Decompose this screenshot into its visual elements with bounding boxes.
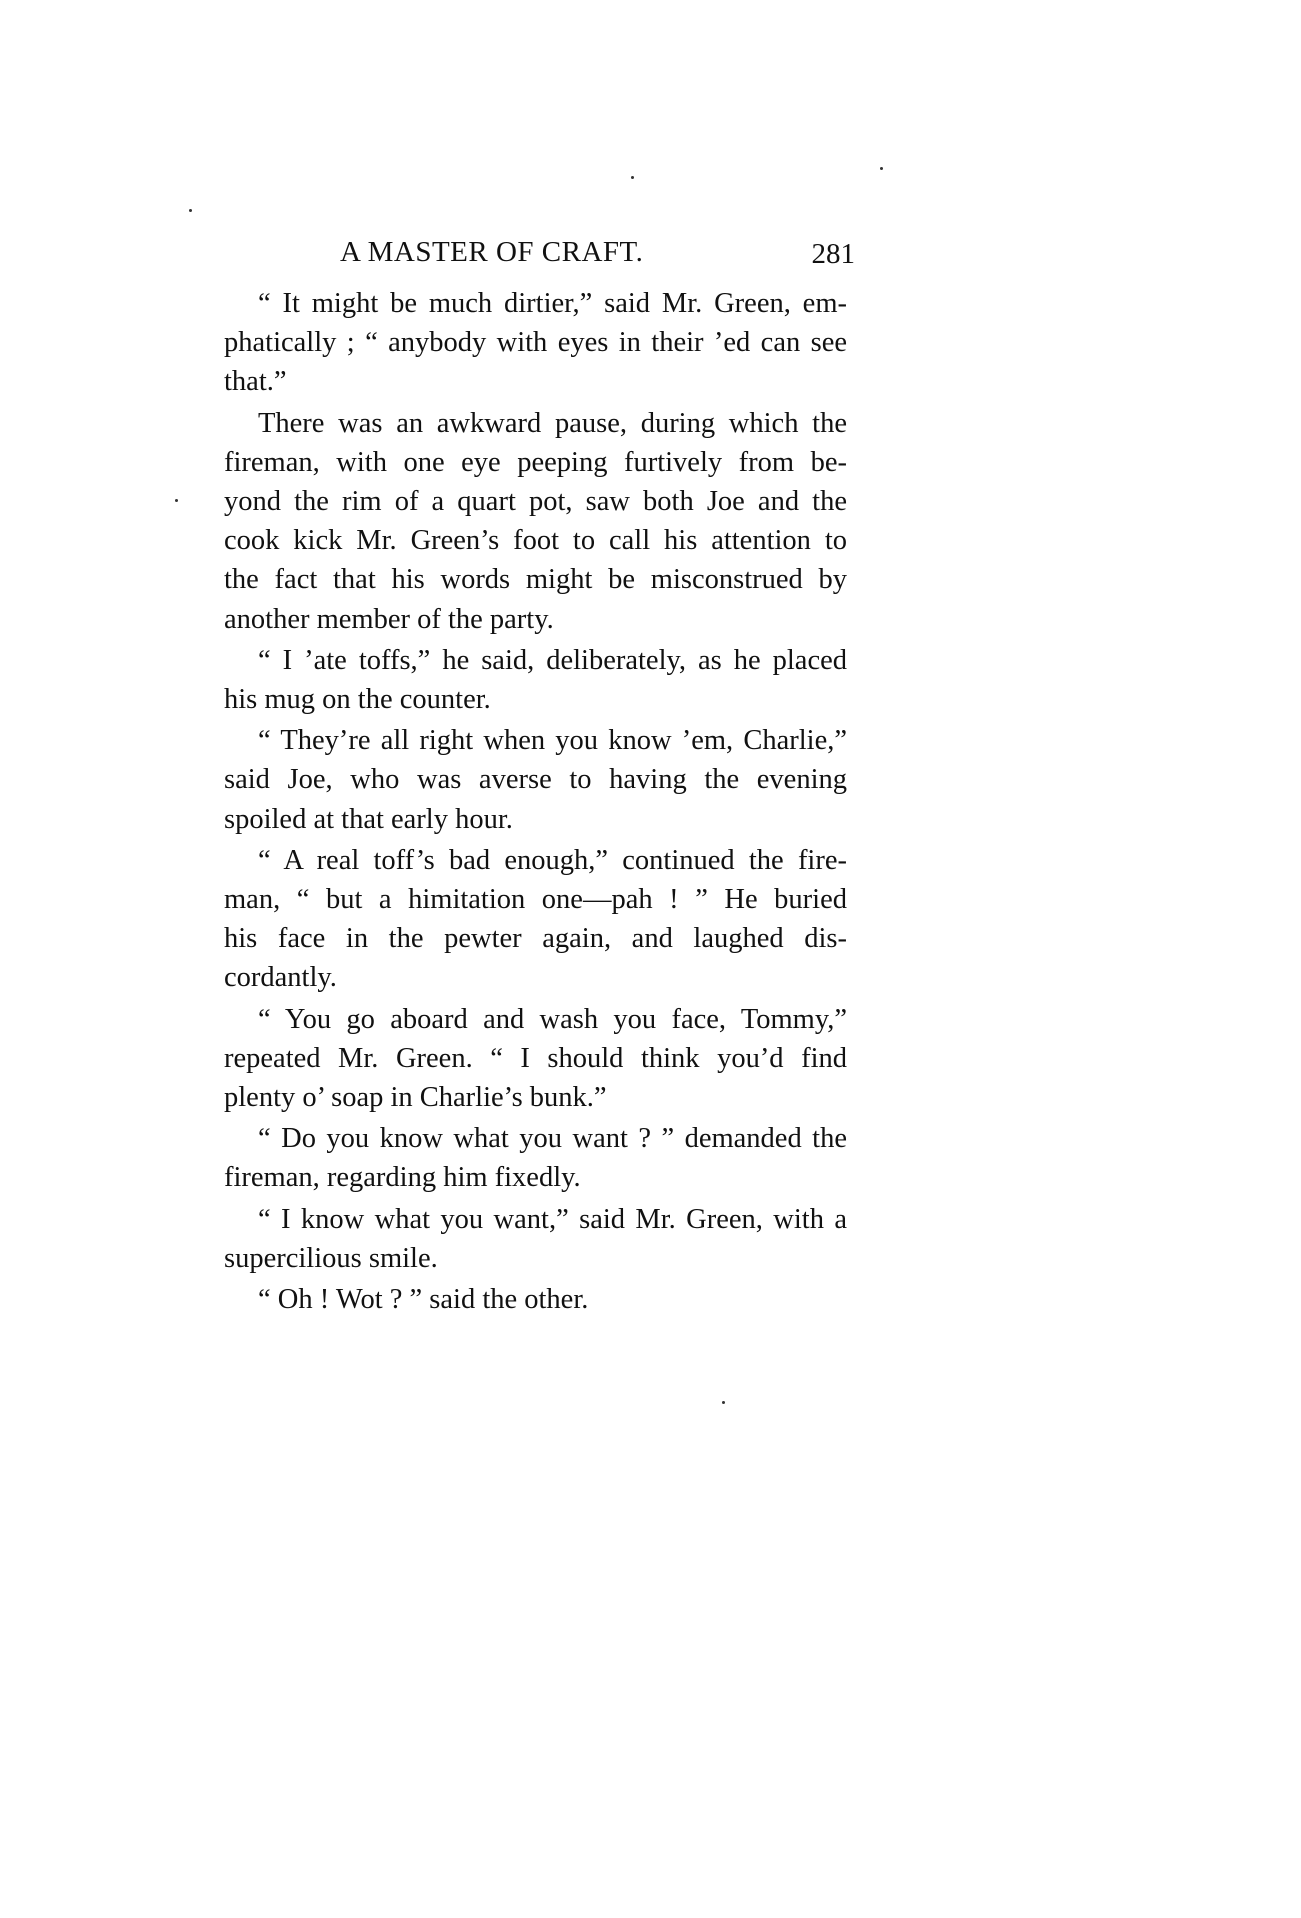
text-line: phatically ; “ anybody with eyes in thei…	[190, 323, 847, 362]
running-head: A MASTER OF CRAFT. 281	[190, 236, 855, 276]
text-line: spoiled at that early hour.	[190, 800, 847, 839]
text-line: “ They’re all right when you know ’em, C…	[190, 721, 847, 760]
scan-speck	[631, 176, 634, 179]
scan-speck	[189, 209, 192, 212]
text-line: supercilious smile.	[190, 1239, 847, 1278]
paragraph: “ I ’ate toffs,” he said, deliberately, …	[190, 641, 847, 719]
text-line: plenty o’ soap in Charlie’s bunk.”	[190, 1078, 847, 1117]
text-line: the fact that his words might be miscons…	[190, 560, 847, 599]
text-line: his mug on the counter.	[190, 680, 847, 719]
paragraph: “ They’re all right when you know ’em, C…	[190, 721, 847, 839]
text-line: another member of the party.	[190, 600, 847, 639]
paragraph: “ Oh ! Wot ? ” said the other.	[190, 1280, 847, 1319]
text-line: fireman, regarding him fixedly.	[190, 1158, 847, 1197]
paragraph: “ A real toff’s bad enough,” continued t…	[190, 841, 847, 998]
scan-speck	[722, 1401, 725, 1404]
text-line: cordantly.	[190, 958, 847, 997]
text-line: said Joe, who was averse to having the e…	[190, 760, 847, 799]
text-line: yond the rim of a quart pot, saw both Jo…	[190, 482, 847, 521]
text-line: fireman, with one eye peeping furtively …	[190, 443, 847, 482]
page-number: 281	[812, 238, 856, 271]
paragraph: “ It might be much dirtier,” said Mr. Gr…	[190, 284, 847, 402]
text-line: repeated Mr. Green. “ I should think you…	[190, 1039, 847, 1078]
paragraph: “ Do you know what you want ? ” demanded…	[190, 1119, 847, 1197]
text-line: that.”	[190, 362, 847, 401]
text-line: “ I know what you want,” said Mr. Green,…	[190, 1200, 847, 1239]
book-page: A MASTER OF CRAFT. 281 “ It might be muc…	[0, 0, 1301, 1918]
text-line: man, “ but a himitation one—pah ! ” He b…	[190, 880, 847, 919]
paragraph: “ I know what you want,” said Mr. Green,…	[190, 1200, 847, 1278]
text-line: “ Do you know what you want ? ” demanded…	[190, 1119, 847, 1158]
text-line: cook kick Mr. Green’s foot to call his a…	[190, 521, 847, 560]
text-line: “ It might be much dirtier,” said Mr. Gr…	[190, 284, 847, 323]
text-line: “ A real toff’s bad enough,” continued t…	[190, 841, 847, 880]
running-title: A MASTER OF CRAFT.	[340, 236, 643, 269]
text-line: his face in the pewter again, and laughe…	[190, 919, 847, 958]
text-line: There was an awkward pause, during which…	[190, 404, 847, 443]
scan-speck	[880, 167, 883, 170]
text-line: “ I ’ate toffs,” he said, deliberately, …	[190, 641, 847, 680]
text-line: “ Oh ! Wot ? ” said the other.	[190, 1280, 847, 1319]
paragraph: “ You go aboard and wash you face, Tommy…	[190, 1000, 847, 1118]
paragraph: There was an awkward pause, during which…	[190, 404, 847, 639]
scan-speck	[175, 499, 178, 502]
body-text: “ It might be much dirtier,” said Mr. Gr…	[190, 284, 847, 1321]
text-line: “ You go aboard and wash you face, Tommy…	[190, 1000, 847, 1039]
